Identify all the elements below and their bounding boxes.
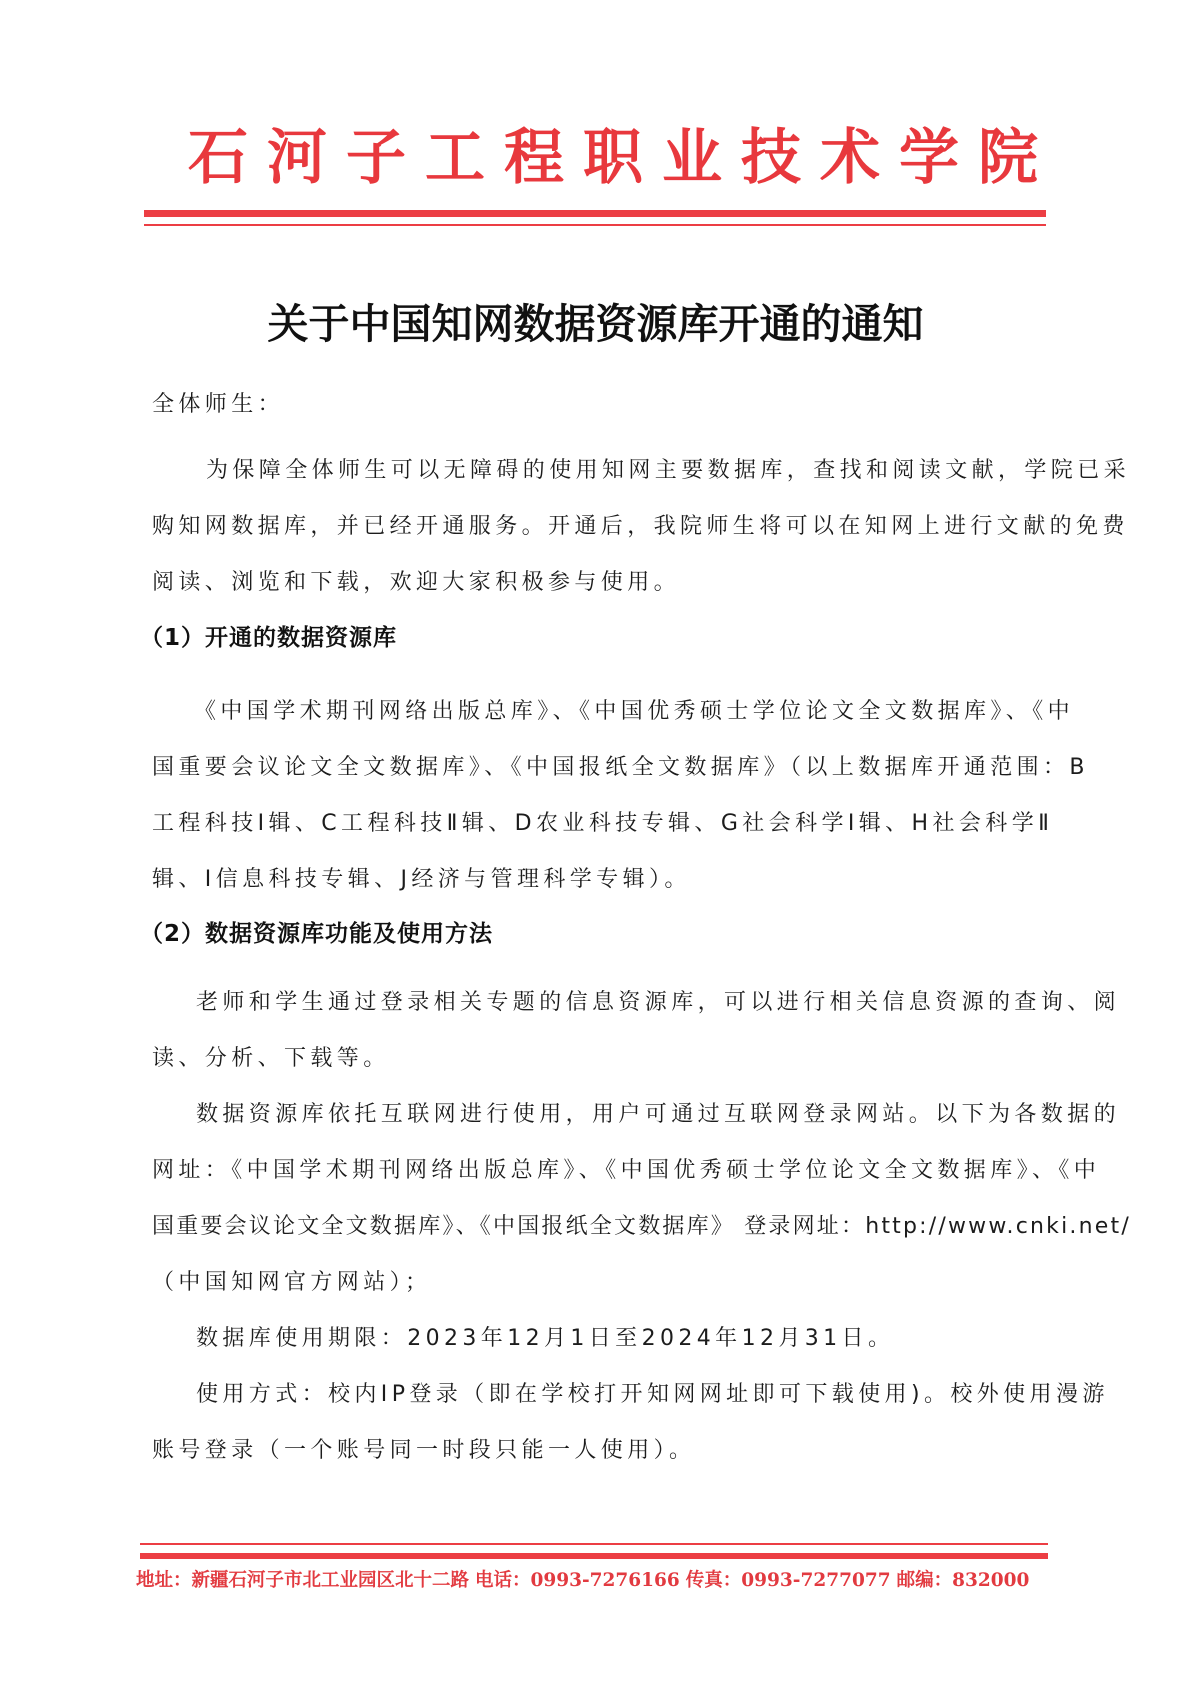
footer-postcode: 邮编：832000 bbox=[897, 1570, 1030, 1591]
section-2-paragraph-1: 老师和学生通过登录相关专题的信息资源库，可以进行相关信息资源的查询、阅 读、分析… bbox=[152, 975, 1032, 1087]
intro-paragraph: 为保障全体师生可以无障碍的使用知网主要数据库，查找和阅读文献，学院已采 购知网数… bbox=[152, 443, 1032, 611]
salutation-text: 全体师生： bbox=[152, 377, 1032, 433]
footer-fax: 传真：0993-7277077 bbox=[686, 1570, 891, 1591]
section-1-line: 辑、Ⅰ信息科技专辑、J经济与管理科学专辑）。 bbox=[152, 852, 1032, 908]
section-1-paragraph: 《中国学术期刊网络出版总库》、《中国优秀硕士学位论文全文数据库》、《中 国重要会… bbox=[152, 684, 1032, 908]
usage-line: 使用方式：校内IP登录（即在学校打开知网网址即可下载使用)。校外使用漫游 bbox=[152, 1367, 1032, 1423]
section-1-heading: （1）开通的数据资源库 bbox=[140, 618, 1040, 658]
section-2-line: 网址：《中国学术期刊网络出版总库》、《中国优秀硕士学位论文全文数据库》、《中 bbox=[152, 1143, 1032, 1199]
document-title: 关于中国知网数据资源库开通的通知 bbox=[120, 296, 1071, 352]
footer-contact: 地址：新疆石河子市北工业园区北十二路电话：0993-7276166传真：0993… bbox=[136, 1566, 1056, 1596]
section-2-heading: （2）数据资源库功能及使用方法 bbox=[140, 914, 1040, 954]
usage-line: 账号登录（一个账号同一时段只能一人使用）。 bbox=[152, 1423, 1032, 1479]
footer-thick-rule bbox=[140, 1553, 1048, 1559]
salutation: 全体师生： bbox=[152, 377, 1032, 433]
section-2-line: 老师和学生通过登录相关专题的信息资源库，可以进行相关信息资源的查询、阅 bbox=[152, 975, 1032, 1031]
validity-line: 数据库使用期限：2023年12月1日至2024年12月31日。 bbox=[152, 1311, 1032, 1367]
letterhead-thin-rule bbox=[144, 224, 1046, 226]
usage-paragraph: 使用方式：校内IP登录（即在学校打开知网网址即可下载使用)。校外使用漫游 账号登… bbox=[152, 1367, 1032, 1479]
section-2-line: 数据资源库依托互联网进行使用，用户可通过互联网登录网站。以下为各数据的 bbox=[152, 1087, 1032, 1143]
footer-address: 地址：新疆石河子市北工业园区北十二路 bbox=[136, 1570, 469, 1591]
validity-paragraph: 数据库使用期限：2023年12月1日至2024年12月31日。 bbox=[152, 1311, 1032, 1367]
intro-line: 购知网数据库，并已经开通服务。开通后，我院师生将可以在知网上进行文献的免费 bbox=[152, 499, 1032, 555]
intro-line: 阅读、浏览和下载，欢迎大家积极参与使用。 bbox=[152, 555, 1032, 611]
section-2-line: （中国知网官方网站）； bbox=[152, 1255, 1032, 1311]
institution-name: 石河子工程职业技术学院 bbox=[188, 118, 1018, 198]
section-2-url-line: 国重要会议论文全文数据库》、《中国报纸全文数据库》 登录网址：http://ww… bbox=[152, 1199, 1032, 1255]
intro-line: 为保障全体师生可以无障碍的使用知网主要数据库，查找和阅读文献，学院已采 bbox=[152, 443, 1032, 499]
section-2-paragraph-2: 数据资源库依托互联网进行使用，用户可通过互联网登录网站。以下为各数据的 网址：《… bbox=[152, 1087, 1032, 1311]
letterhead-thick-rule bbox=[144, 210, 1046, 217]
footer-phone: 电话：0993-7276166 bbox=[475, 1570, 680, 1591]
section-2-line: 读、分析、下载等。 bbox=[152, 1031, 1032, 1087]
section-1-line: 《中国学术期刊网络出版总库》、《中国优秀硕士学位论文全文数据库》、《中 bbox=[152, 684, 1032, 740]
section-1-line: 工程科技Ⅰ辑、C工程科技Ⅱ辑、D农业科技专辑、G社会科学Ⅰ辑、H社会科学Ⅱ bbox=[152, 796, 1032, 852]
footer-thin-rule bbox=[140, 1543, 1048, 1545]
section-1-line: 国重要会议论文全文数据库》、《中国报纸全文数据库》（以上数据库开通范围：B bbox=[152, 740, 1032, 796]
